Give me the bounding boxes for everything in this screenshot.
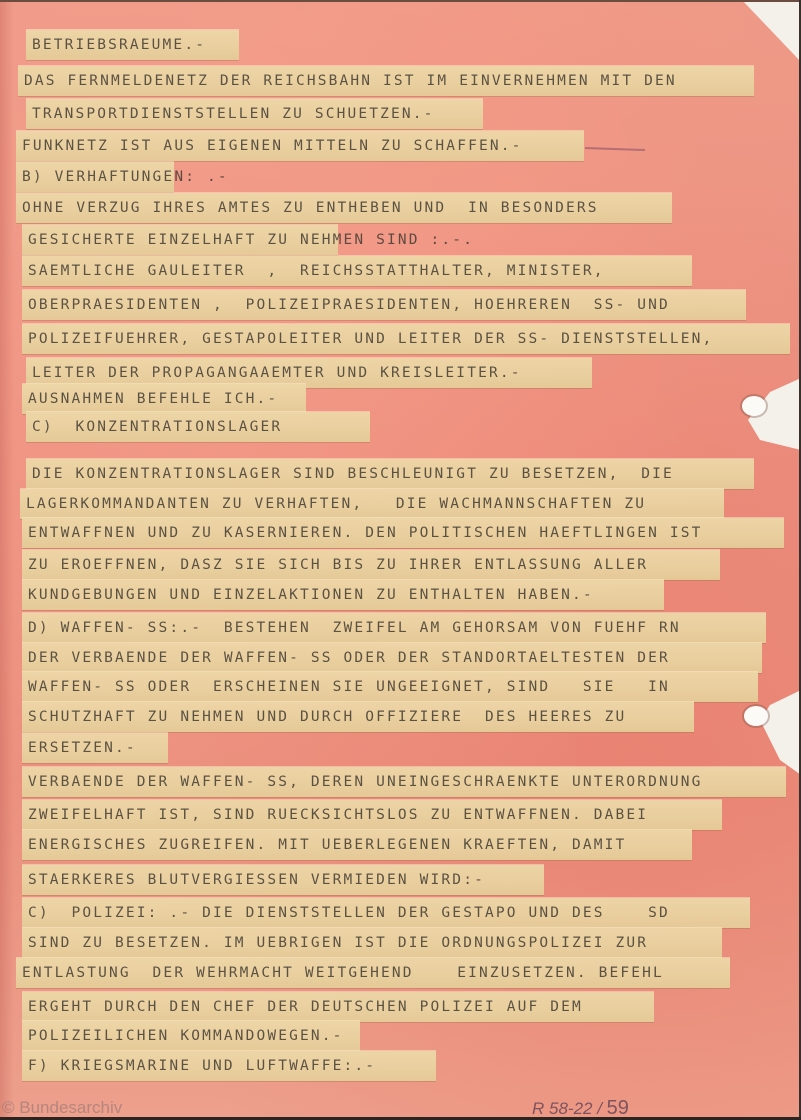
telegram-text-line: ENTWAFFNEN UND ZU KASERNIEREN. DEN POLIT… (28, 525, 703, 541)
telegram-text-line: AUSNAHMEN BEFEHLE ICH.- (28, 391, 278, 407)
tape-strip-line: DER VERBAENDE DER WAFFEN- SS ODER DER ST… (22, 643, 762, 673)
telegram-text-line: KUNDGEBUNGEN UND EINZELAKTIONEN ZU ENTHA… (28, 587, 594, 603)
telegram-text-line: ERSETZEN.- (28, 740, 137, 756)
tape-strip-line: ZU EROEFFNEN, DASZ SIE SICH BIS ZU IHRER… (22, 550, 720, 580)
telegram-text-line: ZWEIFELHAFT IST, SIND RUECKSICHTSLOS ZU … (28, 807, 648, 823)
telegram-text-line: OHNE VERZUG IHRES AMTES ZU ENTHEBEN UND … (22, 200, 599, 216)
telegram-text-line: LAGERKOMMANDANTEN ZU VERHAFTEN, DIE WACH… (26, 496, 646, 512)
tape-strip-line: KUNDGEBUNGEN UND EINZELAKTIONEN ZU ENTHA… (22, 580, 664, 610)
telegram-text-line: VERBAENDE DER WAFFEN- SS, DEREN UNEINGES… (28, 774, 703, 790)
telegram-text-line: STAERKERES BLUTVERGIESSEN VERMIEDEN WIRD… (28, 872, 485, 888)
telegram-text-line: WAFFEN- SS ODER ERSCHEINEN SIE UNGEEIGNE… (28, 679, 670, 695)
telegram-text-line: SAEMTLICHE GAULEITER , REICHSSTATTHALTER… (28, 263, 605, 279)
tape-strip-line: STAERKERES BLUTVERGIESSEN VERMIEDEN WIRD… (22, 865, 544, 895)
telegram-text-line: GESICHERTE EINZELHAFT ZU NEHMEN SIND :.-… (28, 232, 474, 248)
tape-strip-line: C) KONZENTRATIONSLAGER (26, 412, 370, 442)
telegram-text-line: ENERGISCHES ZUGREIFEN. MIT UEBERLEGENEN … (28, 837, 626, 853)
punch-hole-lower (744, 706, 768, 726)
tape-strip-line: DAS FERNMELDENETZ DER REICHSBAHN IST IM … (18, 66, 754, 96)
telegram-text-line: BETRIEBSRAEUME.- (32, 37, 206, 53)
telegram-text-line: F) KRIEGSMARINE UND LUFTWAFFE:.- (28, 1058, 376, 1074)
tape-strip-line: F) KRIEGSMARINE UND LUFTWAFFE:.- (22, 1051, 436, 1081)
telegram-text-line: ZU EROEFFNEN, DASZ SIE SICH BIS ZU IHRER… (28, 557, 648, 573)
archive-signature-text: R 58-22 / (532, 1099, 602, 1118)
tape-strip-line: VERBAENDE DER WAFFEN- SS, DEREN UNEINGES… (22, 767, 786, 797)
bundesarchiv-watermark: © Bundesarchiv (2, 1098, 122, 1118)
telegram-text-line: B) VERHAFTUNGEN: .- (22, 169, 229, 185)
tape-strip-line: BETRIEBSRAEUME.- (26, 30, 239, 60)
tape-strip-line: ZWEIFELHAFT IST, SIND RUECKSICHTSLOS ZU … (22, 800, 722, 830)
punch-hole-upper (742, 396, 766, 416)
telegram-text-line: C) KONZENTRATIONSLAGER (32, 419, 282, 435)
sheet-edge-shadow (0, 0, 14, 1120)
tape-strip-line: TRANSPORTDIENSTSTELLEN ZU SCHUETZEN.- (26, 99, 483, 129)
tape-strip-line: OBERPRAESIDENTEN , POLIZEIPRAESIDENTEN, … (22, 290, 746, 320)
tape-strip-line: WAFFEN- SS ODER ERSCHEINEN SIE UNGEEIGNE… (22, 672, 758, 702)
tape-strip-line: ENTWAFFNEN UND ZU KASERNIEREN. DEN POLIT… (22, 518, 784, 548)
telegram-text-line: LEITER DER PROPAGANGAAEMTER UND KREISLEI… (32, 365, 522, 381)
telegram-text-line: POLIZEILICHEN KOMMANDOWEGEN.- (28, 1028, 344, 1044)
tape-strip-line: DIE KONZENTRATIONSLAGER SIND BESCHLEUNIG… (26, 459, 754, 489)
telegram-text-line: ERGEHT DURCH DEN CHEF DER DEUTSCHEN POLI… (28, 999, 583, 1015)
tape-strip-line: OHNE VERZUG IHRES AMTES ZU ENTHEBEN UND … (16, 193, 672, 223)
tape-strip-line: C) POLIZEI: .- DIE DIENSTSTELLEN DER GES… (22, 898, 750, 928)
tape-strip-line: D) WAFFEN- SS:.- BESTEHEN ZWEIFEL AM GEH… (22, 613, 766, 643)
tape-strip-line: SIND ZU BESETZEN. IM UEBRIGEN IST DIE OR… (22, 928, 722, 958)
telegram-text-line: TRANSPORTDIENSTSTELLEN ZU SCHUETZEN.- (32, 106, 435, 122)
telegram-text-line: POLIZEIFUEHRER, GESTAPOLEITER UND LEITER… (28, 331, 713, 347)
telegram-text-line: C) POLIZEI: .- DIE DIENSTSTELLEN DER GES… (28, 905, 670, 921)
tape-strip-line: GESICHERTE EINZELHAFT ZU NEHMEN SIND :.-… (22, 225, 338, 255)
telegram-text-line: ENTLASTUNG DER WEHRMACHT WEITGEHEND EINZ… (22, 965, 664, 981)
telegram-text-line: D) WAFFEN- SS:.- BESTEHEN ZWEIFEL AM GEH… (28, 620, 681, 636)
telegram-text-line: DIE KONZENTRATIONSLAGER SIND BESCHLEUNIG… (32, 466, 674, 482)
telegram-text-line: OBERPRAESIDENTEN , POLIZEIPRAESIDENTEN, … (28, 297, 670, 313)
telegram-text-line: DER VERBAENDE DER WAFFEN- SS ODER DER ST… (28, 650, 670, 666)
telegram-text-line: FUNKNETZ IST AUS EIGENEN MITTELN ZU SCHA… (22, 138, 522, 154)
tape-strip-line: POLIZEIFUEHRER, GESTAPOLEITER UND LEITER… (22, 324, 790, 354)
telegram-text-line: DAS FERNMELDENETZ DER REICHSBAHN IST IM … (24, 73, 677, 89)
scan-border-top (0, 0, 801, 2)
tape-strip-line: ENTLASTUNG DER WEHRMACHT WEITGEHEND EINZ… (16, 958, 730, 988)
tape-strip-line: FUNKNETZ IST AUS EIGENEN MITTELN ZU SCHA… (16, 131, 584, 161)
tape-strip-line: SCHUTZHAFT ZU NEHMEN UND DURCH OFFIZIERE… (22, 702, 694, 732)
tape-strip-line: ERGEHT DURCH DEN CHEF DER DEUTSCHEN POLI… (22, 992, 654, 1022)
telegram-text-line: SCHUTZHAFT ZU NEHMEN UND DURCH OFFIZIERE… (28, 709, 626, 725)
tape-strip-line: POLIZEILICHEN KOMMANDOWEGEN.- (22, 1021, 360, 1051)
telegram-text-line: SIND ZU BESETZEN. IM UEBRIGEN IST DIE OR… (28, 935, 648, 951)
tape-strip-line: AUSNAHMEN BEFEHLE ICH.- (22, 384, 306, 414)
tape-strip-line: ERSETZEN.- (22, 733, 168, 763)
page-number: 59 (607, 1097, 629, 1119)
tape-strip-line: B) VERHAFTUNGEN: .- (16, 162, 174, 192)
tape-strip-line: SAEMTLICHE GAULEITER , REICHSSTATTHALTER… (22, 256, 692, 286)
tape-strip-line: LAGERKOMMANDANTEN ZU VERHAFTEN, DIE WACH… (20, 489, 724, 519)
tape-strip-line: ENERGISCHES ZUGREIFEN. MIT UEBERLEGENEN … (22, 830, 692, 860)
